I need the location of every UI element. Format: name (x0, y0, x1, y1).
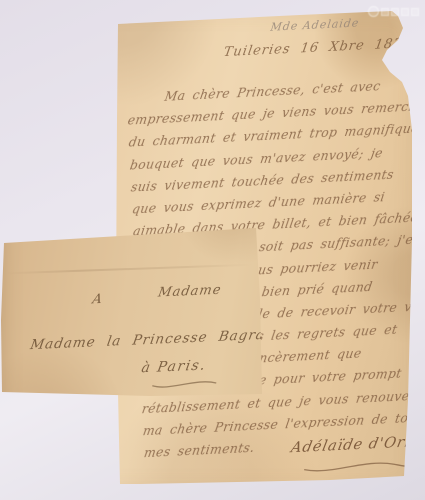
watermark-glyph (391, 8, 399, 16)
watermark-glyph (401, 8, 409, 16)
envelope-crease (6, 264, 254, 275)
watermark-circle-icon (368, 6, 379, 17)
watermark-logo (368, 6, 419, 17)
letter-dateline: Tuileries 16 Xbre 1829. (222, 36, 418, 61)
watermark-glyph (411, 8, 419, 16)
address-flourish (150, 377, 220, 392)
envelope-address: A Madame Madame la Princesse Bagration à… (8, 279, 258, 290)
address-line: Madame (157, 283, 223, 301)
address-line: Madame la Princesse Bagration (29, 325, 297, 353)
pencil-annotation: Mde Adelaide (270, 16, 361, 33)
address-prefix: A (91, 292, 103, 308)
address-line: à Paris. (140, 357, 207, 376)
pencil-mark (126, 15, 136, 23)
auction-photo: Mde Adelaide Tuileries 16 Xbre 1829. Ma … (0, 0, 425, 500)
watermark-glyph (381, 8, 389, 16)
